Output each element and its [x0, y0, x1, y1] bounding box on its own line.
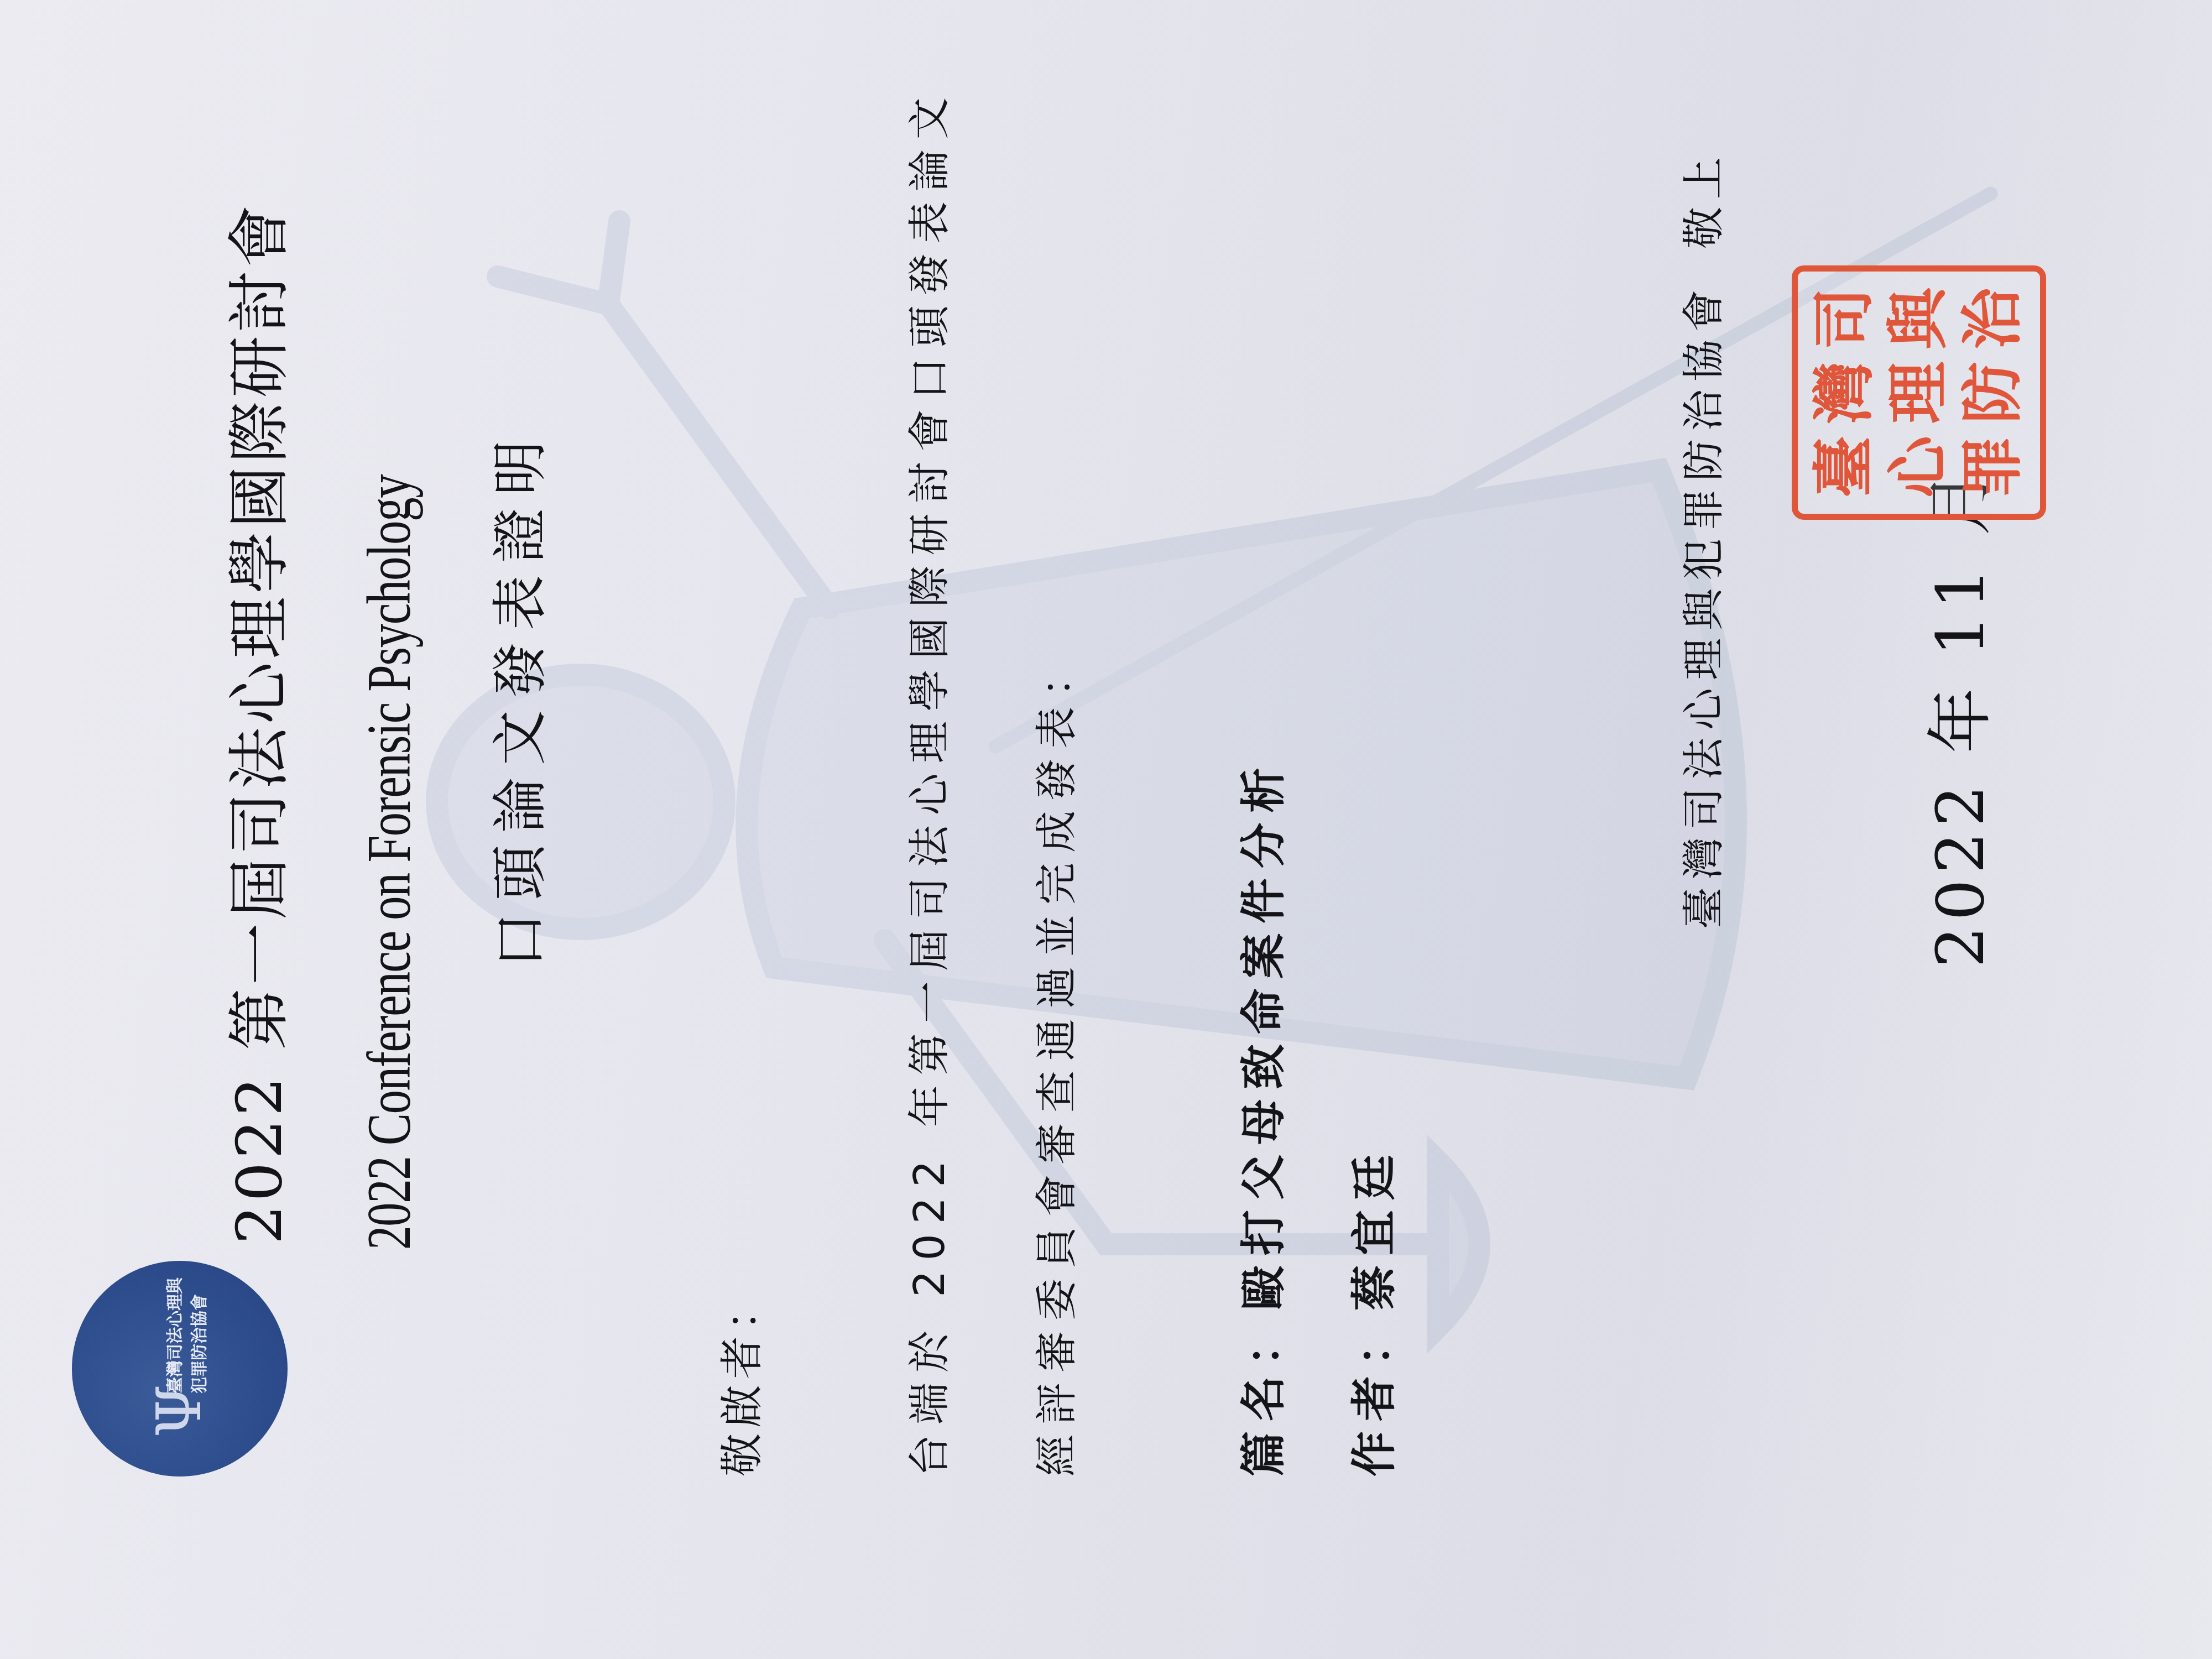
seal-char: 心	[1882, 430, 1956, 504]
body-line-2: 經評審委員會審查通過並完成發表：	[1023, 645, 1083, 1477]
seal-char: 臺	[1808, 430, 1882, 504]
author-name: 蔡宜廷	[1348, 1145, 1401, 1311]
author-row: 作者：蔡宜廷	[1338, 1145, 1403, 1477]
seal-char: 灣	[1808, 356, 1882, 430]
salutation: 敬啟者：	[708, 1282, 770, 1477]
paper-title-row: 篇名：毆打父母致命案件分析	[1228, 758, 1292, 1477]
issuer-suffix: 敬上	[1679, 149, 1728, 249]
seal-char: 理	[1882, 356, 1956, 430]
official-red-seal: 臺 灣 司 心 理 與 罪 防 治	[1792, 265, 2046, 520]
seal-char: 治	[1956, 281, 2030, 356]
title-english: 2022 Conference on Forensic Psychology	[354, 475, 425, 1250]
body-line-1: 台端於 2022 年第一屆司法心理學國際研討會口頭發表論文	[896, 87, 956, 1477]
paper-label: 篇名：	[1238, 1311, 1290, 1477]
issue-date: 2022 年 11 月	[1908, 465, 2002, 968]
association-logo: Ψ 臺灣司法心理與 犯罪防治協會	[72, 1261, 288, 1477]
certificate-subtitle: 口頭論文發表證明	[476, 428, 555, 968]
seal-char: 罪	[1956, 430, 2030, 504]
issuer-name: 臺灣司法心理與犯罪防治協會	[1679, 282, 1728, 929]
title-chinese: 2022 第一屆司法心理學國際研討會	[210, 202, 299, 1244]
author-label: 作者：	[1348, 1311, 1401, 1477]
seal-char: 與	[1882, 281, 1956, 356]
photo-background: Ψ 臺灣司法心理與 犯罪防治協會 2022 第一屆司法心理學國際研討會 2022…	[0, 0, 2212, 1659]
seal-char: 防	[1956, 356, 2030, 430]
issuer-signature: 臺灣司法心理與犯罪防治協會敬上	[1670, 149, 1730, 929]
paper-title: 毆打父母致命案件分析	[1238, 758, 1290, 1311]
seal-char: 司	[1808, 281, 1882, 356]
certificate-sheet: Ψ 臺灣司法心理與 犯罪防治協會 2022 第一屆司法心理學國際研討會 2022…	[0, 0, 2212, 1659]
logo-text: 臺灣司法心理與 犯罪防治協會	[163, 1277, 212, 1394]
